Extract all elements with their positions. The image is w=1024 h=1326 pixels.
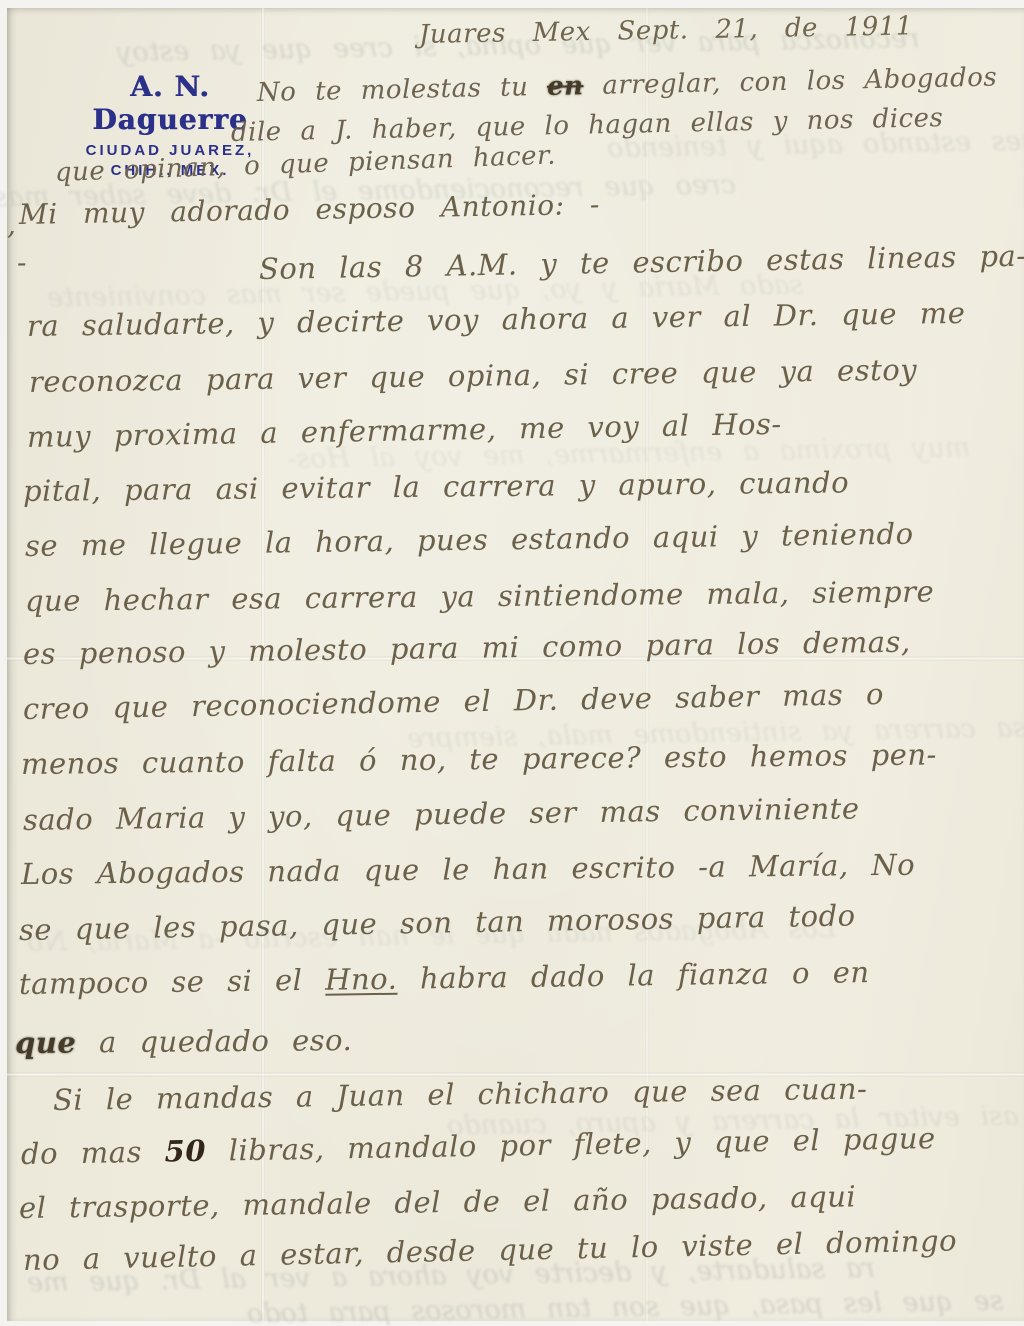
line-text: do mas: [21, 1134, 165, 1171]
handwritten-line: Los Abogados nada que le han escrito -a …: [21, 848, 915, 891]
inkblot-word: que: [15, 1025, 77, 1060]
date-line: Juares Mex Sept. 21, de 1911: [419, 11, 913, 50]
top-note-post: arreglar, con los Abogados: [583, 62, 997, 101]
top-note-pre: No te molestas tu: [257, 72, 548, 108]
margin-comma-mark: ,: [7, 208, 16, 241]
handwritten-line: es penoso y molesto para mi como para lo…: [23, 625, 911, 671]
handwritten-line: que a quedado eso.: [15, 1023, 353, 1060]
handwritten-line: pital, para asi evitar la carrera y apur…: [23, 465, 849, 508]
line-text: libras, mandalo por flete, y que el pagu…: [206, 1121, 936, 1168]
line-text: habra dado la fianza o en: [397, 955, 870, 996]
handwritten-line: do mas 50 libras, mandalo por flete, y q…: [21, 1121, 936, 1171]
handwritten-line: que hechar esa carrera ya sintiendome ma…: [25, 574, 934, 618]
handwritten-line: menos cuanto falta ó no, te parece? esto…: [21, 737, 937, 781]
margin-dash-mark: -: [17, 246, 26, 279]
handwritten-line: no a vuelto a estar, desde que tu lo vis…: [23, 1223, 958, 1277]
handwritten-line: el trasporte, mandale del de el año pasa…: [19, 1179, 857, 1225]
handwritten-line: Son las 8 A.M. y te escribo estas lineas…: [259, 239, 1024, 286]
salutation-line: Mi muy adorado esposo Antonio: -: [19, 188, 600, 231]
handwritten-line: Si le mandas a Juan el chicharo que sea …: [53, 1072, 868, 1117]
handwritten-line: sado Maria y yo, que puede ser mas convi…: [23, 791, 860, 837]
line-text: tampoco se si el: [19, 963, 326, 1001]
handwritten-line: se que les pasa, que son tan morosos par…: [19, 898, 856, 947]
underlined-word: Hno.: [325, 962, 398, 997]
top-note-line: No te molestas tu en arreglar, con los A…: [257, 62, 998, 107]
handwritten-line: se me llegue la hora, pues estando aqui …: [25, 517, 914, 563]
handwritten-line: tampoco se si el Hno. habra dado la fian…: [19, 955, 870, 1001]
letter-scan: reconozca para ver que opina, si cree qu…: [0, 0, 1024, 1326]
handwritten-line: ra saludarte, y decirte voy ahora a ver …: [27, 296, 966, 343]
bleedthrough-line: se que les pasa, que son tan morosos par…: [247, 1285, 1004, 1326]
top-note-line: dile a J. haber, que lo hagan ellas y no…: [231, 103, 944, 148]
dark-number: 50: [164, 1134, 206, 1169]
vertical-fold-crease: [645, 8, 649, 1321]
struck-word: en: [547, 71, 584, 102]
letter-paper: reconozca para ver que opina, si cree qu…: [7, 8, 1024, 1321]
line-text: a quedado eso.: [76, 1023, 352, 1059]
handwritten-line: creo que reconociendome el Dr. deve sabe…: [23, 677, 884, 726]
handwritten-line: muy proxima a enfermarme, me voy al Hos-: [27, 407, 782, 454]
handwritten-line: reconozca para ver que opina, si cree qu…: [29, 353, 918, 399]
